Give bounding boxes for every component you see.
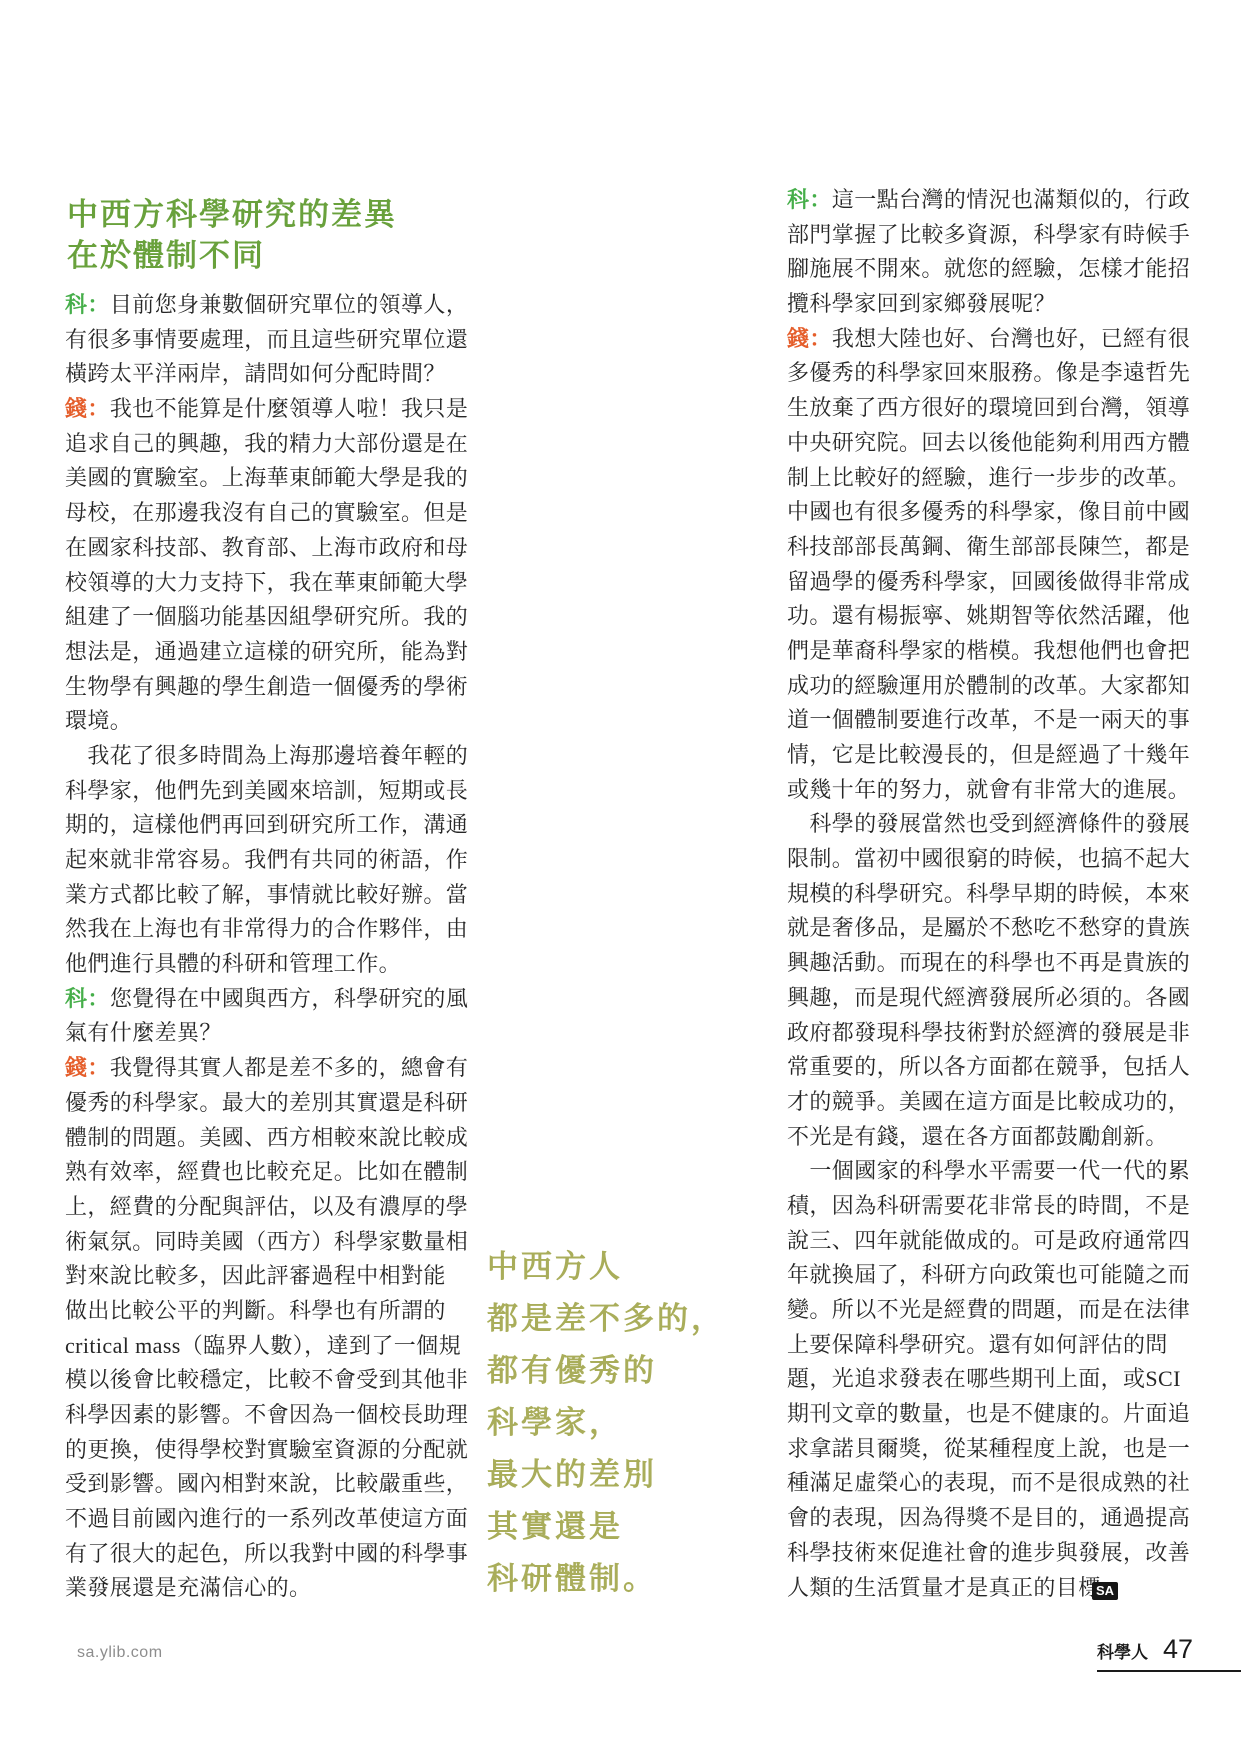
text-line: 上要保障科學研究。還有如何評估的問 [787, 1328, 1187, 1363]
text-line: 有了很大的起色，所以我對中國的科學事 [65, 1537, 477, 1572]
text-line: 在國家科技部、教育部、上海市政府和母 [65, 531, 477, 566]
speaker-label: 錢： [787, 326, 832, 351]
pull-quote-line: 都有優秀的 [487, 1345, 725, 1397]
text-line: 期的，這樣他們再回到研究所工作，溝通 [65, 808, 477, 843]
text-line: 然我在上海也有非常得力的合作夥伴，由 [65, 912, 477, 947]
text-line: 生物學有興趣的學生創造一個優秀的學術 [65, 670, 477, 705]
pull-quote-line: 科學家， [487, 1397, 725, 1449]
text-line: 生放棄了西方很好的環境回到台灣，領導 [787, 391, 1187, 426]
text-line: 科：目前您身兼數個研究單位的領導人， [65, 288, 477, 323]
text-line: 留過學的優秀科學家，回國後做得非常成 [787, 565, 1187, 600]
text-line: 求拿諾貝爾獎，從某種程度上說，也是一 [787, 1432, 1187, 1467]
text-line: 有很多事情要處理，而且這些研究單位還 [65, 323, 477, 358]
text-line: 興趣，而是現代經濟發展所必須的。各國 [787, 981, 1187, 1016]
text-line: 上，經費的分配與評估，以及有濃厚的學 [65, 1190, 477, 1225]
text-line: 科：您覺得在中國與西方，科學研究的風 [65, 982, 477, 1017]
text-line: 功。還有楊振寧、姚期智等依然活躍，他 [787, 599, 1187, 634]
text-line: 情，它是比較漫長的，但是經過了十幾年 [787, 738, 1187, 773]
text-line: 受到影響。國內相對來說，比較嚴重些， [65, 1467, 477, 1502]
magazine-page: 中西方科學研究的差異 在於體制不同 科：目前您身兼數個研究單位的領導人，有很多事… [0, 0, 1241, 1755]
text-line: 題，光追求發表在哪些期刊上面，或SCI [787, 1362, 1187, 1397]
text-line: 積，因為科研需要花非常長的時間，不是 [787, 1189, 1187, 1224]
text-line: 規模的科學研究。科學早期的時候，本來 [787, 877, 1187, 912]
text-line: 科：這一點台灣的情況也滿類似的，行政 [787, 183, 1187, 218]
page-number: 47 [1163, 1634, 1193, 1664]
text-line: 組建了一個腦功能基因組學研究所。我的 [65, 600, 477, 635]
text-line: 科學因素的影響。不會因為一個校長助理 [65, 1398, 477, 1433]
text-line: 錢：我覺得其實人都是差不多的，總會有 [65, 1051, 477, 1086]
heading-line-2: 在於體制不同 [67, 235, 397, 276]
speaker-label: 錢： [65, 1055, 110, 1080]
text-line: 說三、四年就能做成的。可是政府通常四 [787, 1224, 1187, 1259]
text-line: 們是華裔科學家的楷模。我想他們也會把 [787, 634, 1187, 669]
speaker-label: 錢： [65, 396, 110, 421]
text-line: 或幾十年的努力，就會有非常大的進展。 [787, 773, 1187, 808]
speaker-label: 科： [787, 187, 832, 212]
magazine-name: 科學人 [1097, 1643, 1148, 1662]
text-line: 他們進行具體的科研和管理工作。 [65, 947, 477, 982]
text-line: 業方式都比較了解，事情就比較好辦。當 [65, 878, 477, 913]
footer-website: sa.ylib.com [77, 1644, 163, 1662]
text-line: 做出比較公平的判斷。科學也有所謂的 [65, 1294, 477, 1329]
text-line: 人類的生活質量才是真正的目標。 [787, 1571, 1187, 1606]
text-line: 政府都發現科學技術對於經濟的發展是非 [787, 1016, 1187, 1051]
text-line: 我花了很多時間為上海那邊培養年輕的 [65, 739, 477, 774]
text-line: 制上比較好的經驗，進行一步步的改革。 [787, 461, 1187, 496]
text-line: 氣有什麼差異？ [65, 1016, 477, 1051]
text-line: 體制的問題。美國、西方相較來說比較成 [65, 1121, 477, 1156]
speaker-label: 科： [65, 292, 110, 317]
text-line: 追求自己的興趣，我的精力大部份還是在 [65, 427, 477, 462]
end-of-article-badge: SA [1092, 1582, 1118, 1600]
text-line: 多優秀的科學家回來服務。像是李遠哲先 [787, 356, 1187, 391]
text-line: 不過目前國內進行的一系列改革使這方面 [65, 1502, 477, 1537]
footer-folio: 科學人47 [1097, 1634, 1241, 1672]
left-text-column: 科：目前您身兼數個研究單位的領導人，有很多事情要處理，而且這些研究單位還橫跨太平… [65, 288, 477, 1606]
right-text-column: 科：這一點台灣的情況也滿類似的，行政部門掌握了比較多資源，科學家有時候手腳施展不… [787, 183, 1187, 1605]
text-line: 中國也有很多優秀的科學家，像目前中國 [787, 495, 1187, 530]
pull-quote-line: 都是差不多的， [487, 1293, 725, 1345]
section-heading: 中西方科學研究的差異 在於體制不同 [67, 194, 397, 276]
text-line: 科學的發展當然也受到經濟條件的發展 [787, 807, 1187, 842]
text-line: 不光是有錢，還在各方面都鼓勵創新。 [787, 1120, 1187, 1155]
text-line: 錢：我想大陸也好、台灣也好，已經有很 [787, 322, 1187, 357]
text-line: 術氣氛。同時美國（西方）科學家數量相 [65, 1225, 477, 1260]
text-line: 的更換，使得學校對實驗室資源的分配就 [65, 1433, 477, 1468]
text-line: 業發展還是充滿信心的。 [65, 1571, 477, 1606]
text-line: 熟有效率，經費也比較充足。比如在體制 [65, 1155, 477, 1190]
text-line: 才的競爭。美國在這方面是比較成功的， [787, 1085, 1187, 1120]
text-line: critical mass（臨界人數），達到了一個規 [65, 1329, 477, 1364]
text-line: 想法是，通過建立這樣的研究所，能為對 [65, 635, 477, 670]
text-line: 橫跨太平洋兩岸，請問如何分配時間？ [65, 357, 477, 392]
text-line: 起來就非常容易。我們有共同的術語，作 [65, 843, 477, 878]
text-line: 環境。 [65, 704, 477, 739]
text-line: 常重要的，所以各方面都在競爭，包括人 [787, 1050, 1187, 1085]
text-line: 優秀的科學家。最大的差別其實還是科研 [65, 1086, 477, 1121]
text-line: 錢：我也不能算是什麼領導人啦！我只是 [65, 392, 477, 427]
text-line: 腳施展不開來。就您的經驗，怎樣才能招 [787, 252, 1187, 287]
text-line: 種滿足虛榮心的表現，而不是很成熟的社 [787, 1466, 1187, 1501]
text-line: 校領導的大力支持下，我在華東師範大學 [65, 566, 477, 601]
pull-quote-line: 最大的差別 [487, 1449, 725, 1501]
text-line: 科學技術來促進社會的進步與發展，改善 [787, 1536, 1187, 1571]
text-line: 中央研究院。回去以後他能夠利用西方體 [787, 426, 1187, 461]
text-line: 母校，在那邊我沒有自己的實驗室。但是 [65, 496, 477, 531]
text-line: 美國的實驗室。上海華東師範大學是我的 [65, 461, 477, 496]
text-line: 道一個體制要進行改革，不是一兩天的事 [787, 703, 1187, 738]
pull-quote-line: 中西方人 [487, 1241, 725, 1293]
text-line: 興趣活動。而現在的科學也不再是貴族的 [787, 946, 1187, 981]
text-line: 模以後會比較穩定，比較不會受到其他非 [65, 1363, 477, 1398]
pull-quote-line: 其實還是 [487, 1501, 725, 1553]
speaker-label: 科： [65, 986, 110, 1011]
text-line: 科技部部長萬鋼、衛生部部長陳竺，都是 [787, 530, 1187, 565]
text-line: 成功的經驗運用於體制的改革。大家都知 [787, 669, 1187, 704]
text-line: 對來說比較多，因此評審過程中相對能 [65, 1259, 477, 1294]
pull-quote: 中西方人都是差不多的，都有優秀的科學家，最大的差別其實還是科研體制。 [487, 1241, 725, 1605]
heading-line-1: 中西方科學研究的差異 [67, 194, 397, 235]
text-line: 就是奢侈品，是屬於不愁吃不愁穿的貴族 [787, 911, 1187, 946]
text-line: 限制。當初中國很窮的時候，也搞不起大 [787, 842, 1187, 877]
text-line: 變。所以不光是經費的問題，而是在法律 [787, 1293, 1187, 1328]
text-line: 會的表現，因為得獎不是目的，通過提高 [787, 1501, 1187, 1536]
text-line: 期刊文章的數量，也是不健康的。片面追 [787, 1397, 1187, 1432]
text-line: 年就換屆了，科研方向政策也可能隨之而 [787, 1258, 1187, 1293]
text-line: 一個國家的科學水平需要一代一代的累 [787, 1154, 1187, 1189]
text-line: 科學家，他們先到美國來培訓，短期或長 [65, 774, 477, 809]
text-line: 攬科學家回到家鄉發展呢？ [787, 287, 1187, 322]
pull-quote-line: 科研體制。 [487, 1553, 725, 1605]
text-line: 部門掌握了比較多資源，科學家有時候手 [787, 218, 1187, 253]
